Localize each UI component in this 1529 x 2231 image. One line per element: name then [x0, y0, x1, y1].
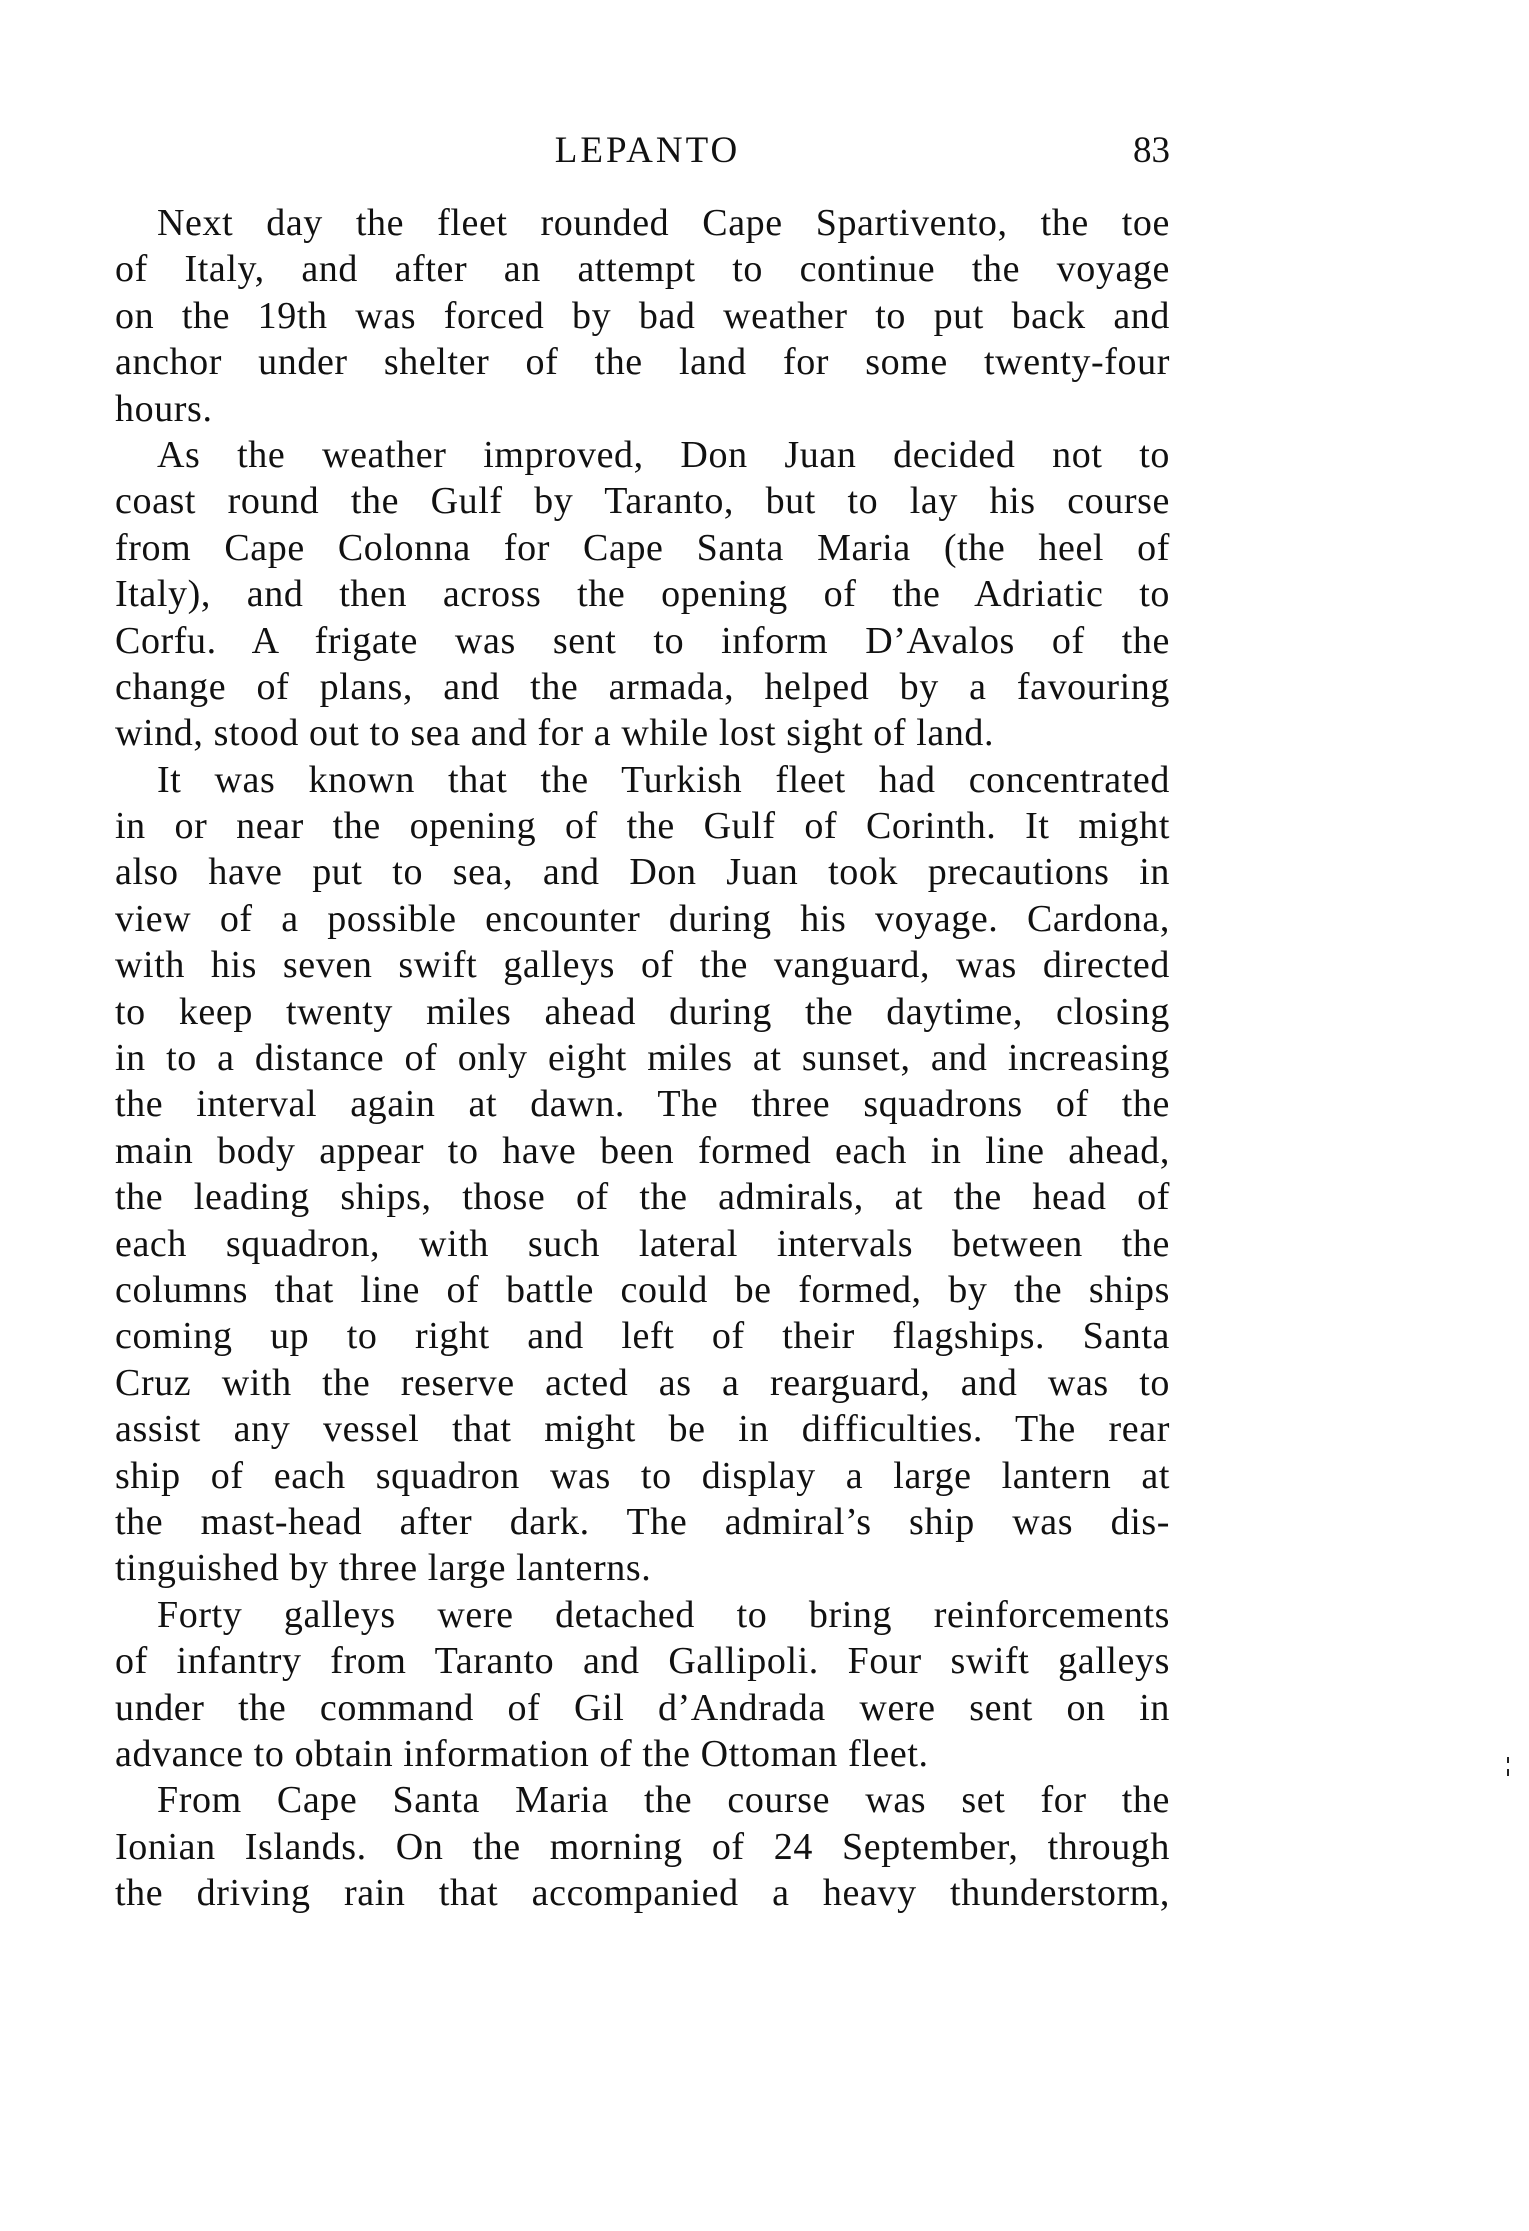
- page-header: LEPANTO 83: [115, 128, 1170, 174]
- text-line: ship of each squadron was to display a l…: [115, 1453, 1170, 1499]
- text-line: advance to obtain information of the Ott…: [115, 1731, 1170, 1777]
- text-line: of Italy, and after an attempt to contin…: [115, 246, 1170, 292]
- text-line: also have put to sea, and Don Juan took …: [115, 849, 1170, 895]
- text-line: the leading ships, those of the admirals…: [115, 1174, 1170, 1220]
- text-line: tinguished by three large lanterns.: [115, 1545, 1170, 1591]
- paragraph: Next day the fleet rounded Cape Spartive…: [115, 200, 1170, 432]
- text-line: wind, stood out to sea and for a while l…: [115, 710, 1170, 756]
- scan-speck: [1507, 1757, 1509, 1763]
- text-line: to keep twenty miles ahead during the da…: [115, 989, 1170, 1035]
- paragraph: It was known that the Turkish fleet had …: [115, 757, 1170, 1592]
- text-line: Corfu. A frigate was sent to inform D’Av…: [115, 618, 1170, 664]
- text-line: from Cape Colonna for Cape Santa Maria (…: [115, 525, 1170, 571]
- text-line: main body appear to have been formed eac…: [115, 1128, 1170, 1174]
- text-line: view of a possible encounter during his …: [115, 896, 1170, 942]
- text-line: anchor under shelter of the land for som…: [115, 339, 1170, 385]
- body-text: Next day the fleet rounded Cape Spartive…: [115, 200, 1170, 1916]
- text-line: It was known that the Turkish fleet had …: [115, 757, 1170, 803]
- text-line: coming up to right and left of their fla…: [115, 1313, 1170, 1359]
- text-line: the driving rain that accompanied a heav…: [115, 1870, 1170, 1916]
- text-line: Italy), and then across the opening of t…: [115, 571, 1170, 617]
- text-line: Ionian Islands. On the morning of 24 Sep…: [115, 1824, 1170, 1870]
- text-line: in to a distance of only eight miles at …: [115, 1035, 1170, 1081]
- text-line: change of plans, and the armada, helped …: [115, 664, 1170, 710]
- page-number: 83: [1133, 128, 1170, 174]
- text-line: with his seven swift galleys of the vang…: [115, 942, 1170, 988]
- running-title: LEPANTO: [115, 128, 1170, 174]
- text-line: From Cape Santa Maria the course was set…: [115, 1777, 1170, 1823]
- text-line: the mast-head after dark. The admiral’s …: [115, 1499, 1170, 1545]
- text-line: Cruz with the reserve acted as a reargua…: [115, 1360, 1170, 1406]
- text-line: Next day the fleet rounded Cape Spartive…: [115, 200, 1170, 246]
- text-line: assist any vessel that might be in diffi…: [115, 1406, 1170, 1452]
- text-line: the interval again at dawn. The three sq…: [115, 1081, 1170, 1127]
- text-line: on the 19th was forced by bad weather to…: [115, 293, 1170, 339]
- paragraph: From Cape Santa Maria the course was set…: [115, 1777, 1170, 1916]
- text-line: Forty galleys were detached to bring rei…: [115, 1592, 1170, 1638]
- text-line: in or near the opening of the Gulf of Co…: [115, 803, 1170, 849]
- text-line: hours.: [115, 386, 1170, 432]
- text-line: each squadron, with such lateral interva…: [115, 1221, 1170, 1267]
- text-line: As the weather improved, Don Juan decide…: [115, 432, 1170, 478]
- scan-speck: [1507, 1769, 1509, 1776]
- paragraph: Forty galleys were detached to bring rei…: [115, 1592, 1170, 1778]
- text-line: coast round the Gulf by Taranto, but to …: [115, 478, 1170, 524]
- text-line: of infantry from Taranto and Gallipoli. …: [115, 1638, 1170, 1684]
- text-line: under the command of Gil d’Andrada were …: [115, 1685, 1170, 1731]
- paragraph: As the weather improved, Don Juan decide…: [115, 432, 1170, 757]
- text-line: columns that line of battle could be for…: [115, 1267, 1170, 1313]
